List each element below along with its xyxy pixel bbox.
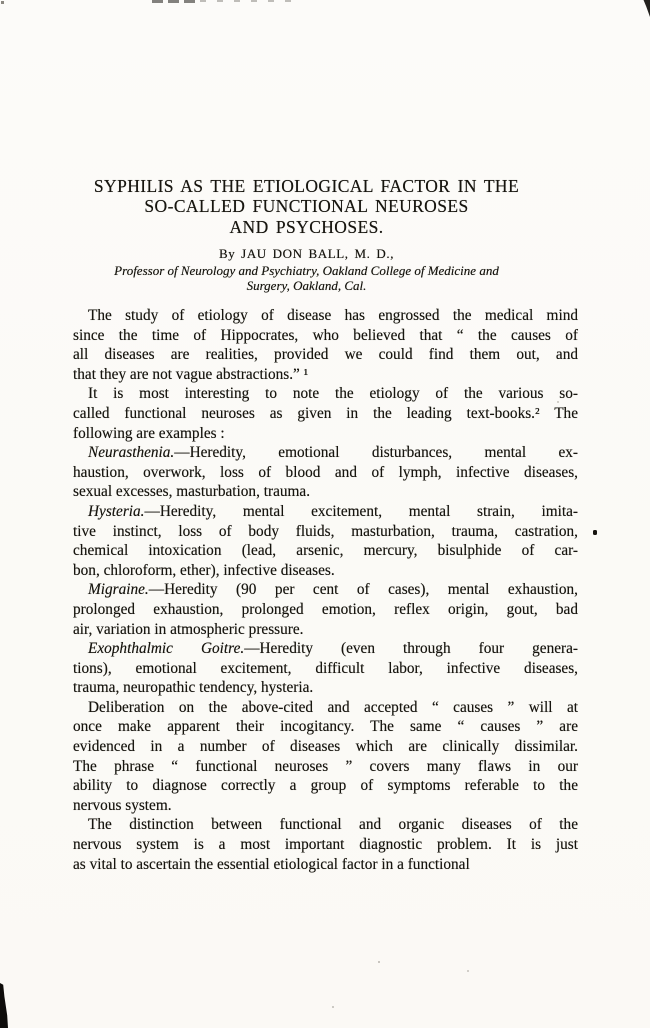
affiliation: Professor of Neurology and Psychiatry, O… [54, 263, 559, 293]
scan-artifact-top-dashes-faint [200, 0, 295, 2]
text-line: Deliberation on the above-cited and acce… [73, 698, 578, 718]
scan-artifact-top-left-speck [1, 1, 4, 4]
text-line: chemical intoxication (lead, arsenic, me… [73, 541, 578, 561]
text-line: haustion, overwork, loss of blood and of… [73, 463, 578, 483]
text-line: AND PSYCHOSES. [54, 217, 559, 237]
paragraph: Deliberation on the above-cited and acce… [73, 698, 578, 816]
text-line: SO-CALLED FUNCTIONAL NEUROSES [54, 196, 559, 216]
text-line: Hysteria.—Heredity, mental excitement, m… [73, 502, 578, 522]
text-line: The phrase “ functional neuroses ” cover… [73, 757, 578, 777]
text-line: since the time of Hippocrates, who belie… [73, 326, 578, 346]
body-text: The study of etiology of disease has eng… [73, 306, 578, 874]
text-line: that they are not vague abstractions.” ¹ [73, 365, 578, 385]
paragraph: It is most interesting to note the etiol… [73, 384, 578, 443]
text-line: air, variation in atmospheric pressure. [73, 620, 578, 640]
text-line: ability to diagnose correctly a group of… [73, 776, 578, 796]
text-line: The study of etiology of disease has eng… [73, 306, 578, 326]
text-line: sexual excesses, masturbation, trauma. [73, 482, 578, 502]
scan-artifact-bottom-left-blob [0, 983, 8, 1028]
text-line: Exophthalmic Goitre.—Heredity (even thro… [73, 639, 578, 659]
text-line: Neurasthenia.—Heredity, emotional distur… [73, 443, 578, 463]
text-line: The distinction between functional and o… [73, 815, 578, 835]
text-line: all diseases are realities, provided we … [73, 345, 578, 365]
article-title: SYPHILIS AS THE ETIOLOGICAL FACTOR IN TH… [54, 176, 559, 237]
text-line: tive instinct, loss of body fluids, mast… [73, 522, 578, 542]
text-line: called functional neuroses as given in t… [73, 404, 578, 424]
paragraph: Exophthalmic Goitre.—Heredity (even thro… [73, 639, 578, 698]
text-line: SYPHILIS AS THE ETIOLOGICAL FACTOR IN TH… [54, 176, 559, 196]
text-line: Professor of Neurology and Psychiatry, O… [54, 263, 559, 278]
paragraph: Hysteria.—Heredity, mental excitement, m… [73, 502, 578, 580]
byline: By JAU DON BALL, M. D., [54, 246, 559, 261]
paragraph: Neurasthenia.—Heredity, emotional distur… [73, 443, 578, 502]
scan-artifact-speck [332, 1006, 334, 1008]
text-line: evidenced in a number of diseases which … [73, 737, 578, 757]
text-line: following are examples : [73, 424, 578, 444]
text-line: tions), emotional excitement, difficult … [73, 659, 578, 679]
scan-artifact-top-right-corner [641, 0, 650, 17]
scan-artifact-speck [378, 961, 380, 963]
text-line: as vital to ascertain the essential etio… [73, 855, 578, 875]
text-line: prolonged exhaustion, prolonged emotion,… [73, 600, 578, 620]
paragraph: Migraine.—Heredity (90 per cent of cases… [73, 580, 578, 639]
scan-artifact-speck [467, 970, 469, 972]
text-line: Surgery, Oakland, Cal. [54, 278, 559, 293]
paragraph: The distinction between functional and o… [73, 815, 578, 874]
article-header: SYPHILIS AS THE ETIOLOGICAL FACTOR IN TH… [54, 176, 559, 294]
text-line: Migraine.—Heredity (90 per cent of cases… [73, 580, 578, 600]
paragraph: The study of etiology of disease has eng… [73, 306, 578, 384]
scan-artifact-top-dashes [152, 0, 196, 3]
text-line: bon, chloroform, ether), infective disea… [73, 561, 578, 581]
text-line: trauma, neuropathic tendency, hysteria. [73, 678, 578, 698]
scanned-page: SYPHILIS AS THE ETIOLOGICAL FACTOR IN TH… [0, 0, 650, 1028]
text-line: nervous system is a most important diagn… [73, 835, 578, 855]
scan-artifact-ink-dot [593, 530, 597, 535]
text-line: It is most interesting to note the etiol… [73, 384, 578, 404]
text-line: once make apparent their incogitancy. Th… [73, 717, 578, 737]
text-line: nervous system. [73, 796, 578, 816]
